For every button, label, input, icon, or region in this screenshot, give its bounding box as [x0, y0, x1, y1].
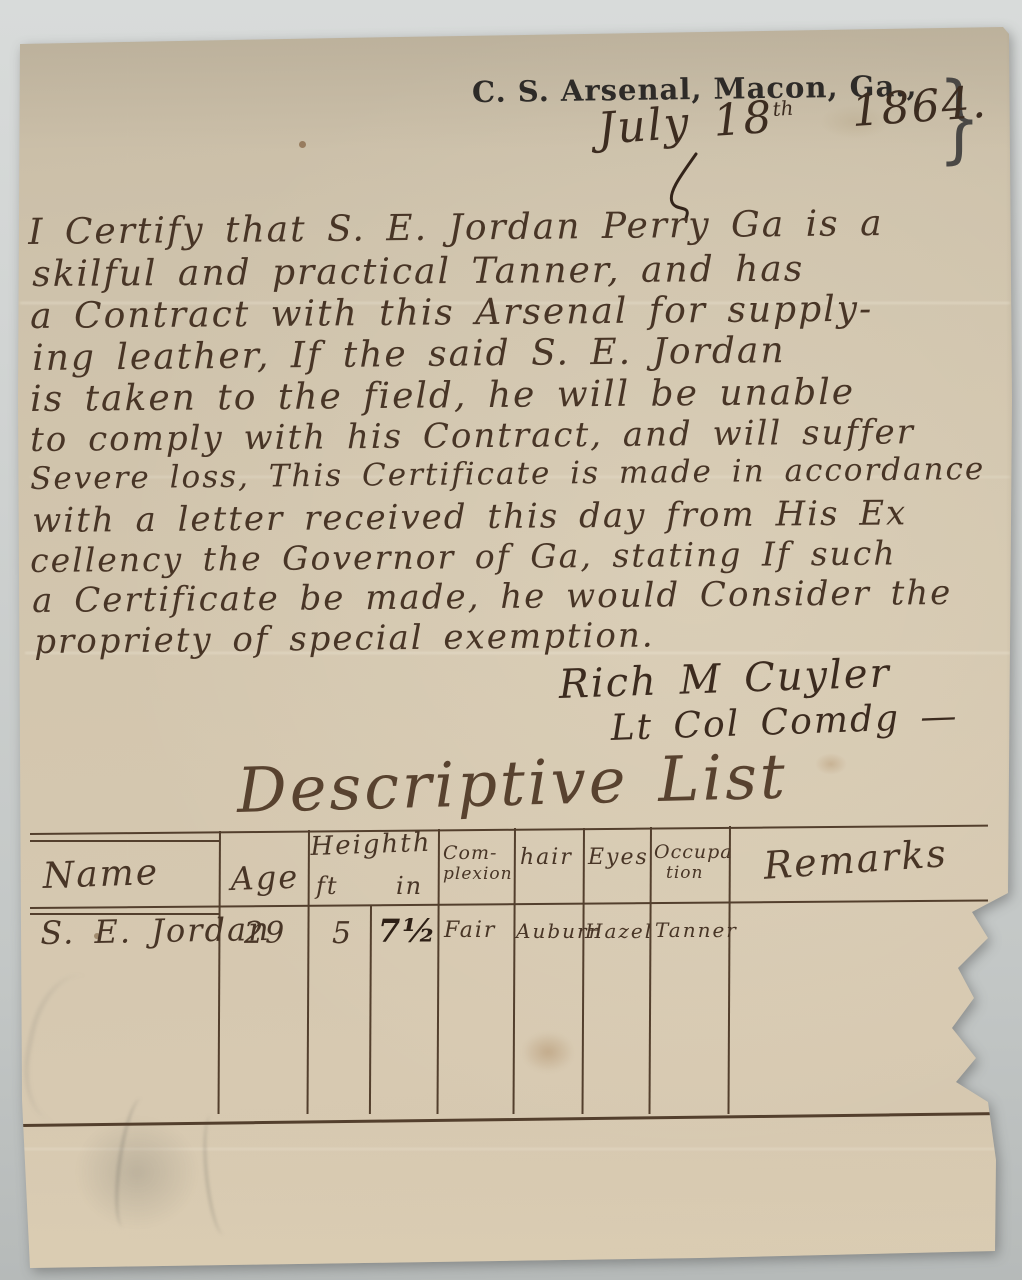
stain [815, 753, 847, 775]
date-day: July 18 [596, 92, 775, 155]
row-age: 29 [244, 916, 286, 951]
paper-shadow: C. S. Arsenal, Macon, Ga., } July 18th18… [0, 0, 1022, 1280]
table-column-rule [727, 826, 731, 1114]
column-header-height: Heighth [310, 828, 432, 862]
column-header-occupation: Occupa [654, 841, 733, 863]
row-complexion: Fair [444, 918, 496, 943]
table-column-rule [369, 906, 372, 1114]
date-year: 1864. [850, 77, 989, 137]
table-column-rule [648, 827, 652, 1114]
letter-line: I Certify that S. E. Jordan Perry Ga is … [28, 203, 884, 253]
column-header-height-ft: ft [316, 872, 339, 900]
paper-sheet: C. S. Arsenal, Macon, Ga., } July 18th18… [0, 0, 1022, 1280]
date-suffix: th [772, 97, 794, 121]
letter-line: is taken to the field, he will be unable [30, 372, 855, 420]
column-header-complexion2: plexion [443, 864, 513, 884]
row-eyes: Hazel [585, 919, 653, 943]
stain [522, 1032, 574, 1072]
letter-line: ing leather, If the said S. E. Jordan [32, 330, 786, 379]
table-header-rule [30, 899, 988, 909]
letter-line: skilful and practical Tanner, and has [32, 249, 804, 295]
descriptive-list-title: Descriptive List [236, 740, 789, 827]
table-column-rule [218, 831, 221, 1114]
column-header-complexion: Com- [443, 842, 497, 864]
letter-line: cellency the Governor of Ga, stating If … [30, 533, 897, 580]
letter-line: propriety of special exemption. [34, 616, 655, 662]
table-column-rule [513, 828, 516, 1114]
column-header-name: Name [42, 852, 160, 897]
column-header-height-in: in [396, 872, 423, 900]
document-photo: C. S. Arsenal, Macon, Ga., } July 18th18… [0, 0, 1022, 1280]
column-header-age: Age [230, 858, 300, 898]
column-header-occupation2: tion [666, 863, 703, 883]
row-height-ft: 5 [332, 916, 353, 951]
table-column-rule [307, 830, 310, 1114]
table-column-rule [582, 828, 585, 1114]
row-height-in: 7½ [378, 912, 438, 950]
letter-line: a Certificate be made, he would Consider… [32, 573, 952, 621]
column-header-eyes: Eyes [588, 845, 649, 870]
table-top-rule [30, 825, 988, 835]
table-column-rule [437, 829, 440, 1114]
table-top-rule-double [30, 840, 220, 842]
column-header-remarks: Remarks [762, 831, 949, 888]
column-header-hair: hair [520, 845, 573, 870]
row-name: S. E. Jordan [40, 910, 271, 952]
row-occupation: Tanner [655, 918, 738, 942]
stain [299, 141, 306, 148]
